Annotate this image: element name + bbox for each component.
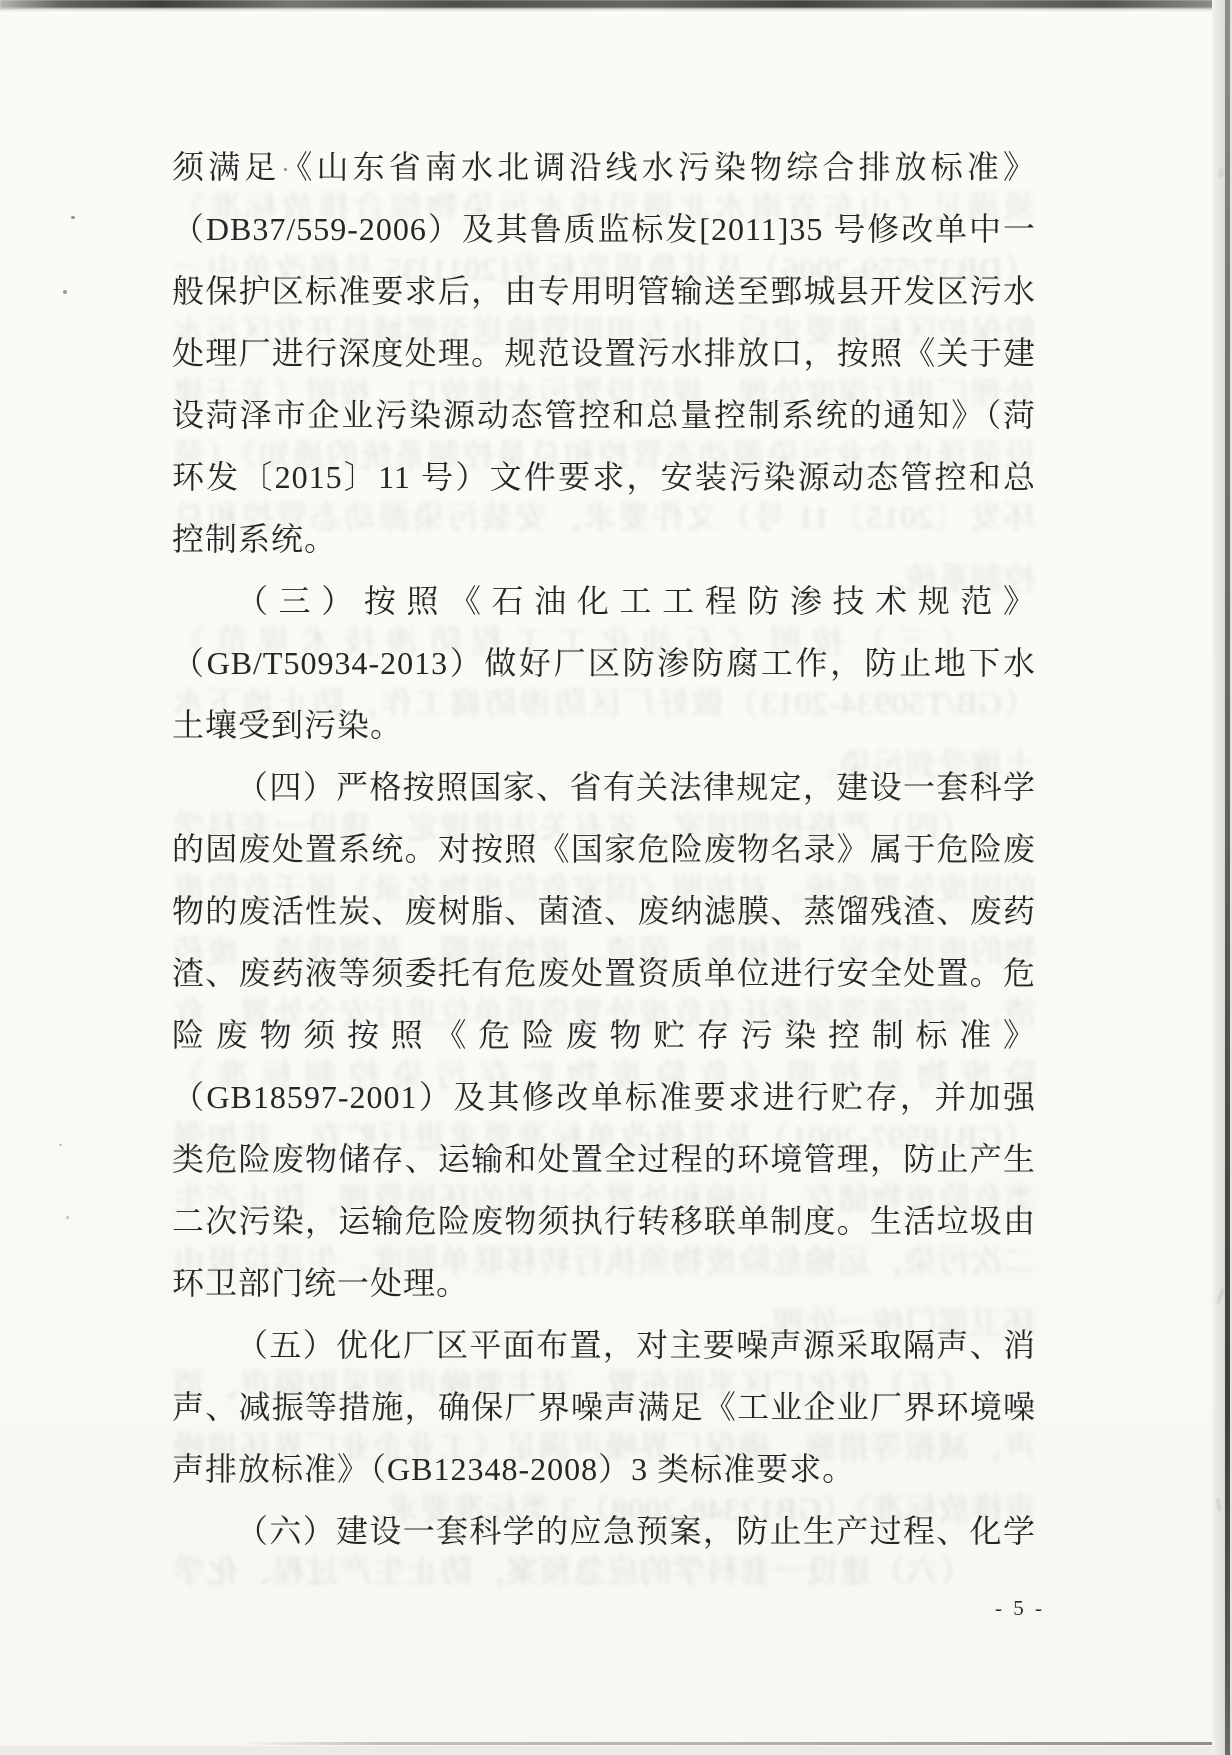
text-line-8: （三）按照《石油化工工程防渗技术规范》 <box>172 570 1036 632</box>
text-line-9: （GB/T50934-2013）做好厂区防渗防腐工作，防止地下水和 <box>172 632 1036 694</box>
text-line-7: 控制系统。 <box>172 508 1036 570</box>
text-line-10: 土壤受到污染。 <box>172 694 1036 756</box>
text-line-1: 须满足《山东省南水北调沿线水污染物综合排放标准》 <box>172 136 1036 198</box>
text-line-21: 声、减振等措施，确保厂界噪声满足《工业企业厂界环境噪 <box>172 1376 1036 1438</box>
text-line-2: （DB37/559-2006）及其鲁质监标发[2011]35 号修改单中一 <box>172 198 1036 260</box>
dust-speck <box>63 290 67 294</box>
dust-speck <box>66 1216 69 1219</box>
page-number: - 5 - <box>980 1594 1060 1622</box>
text-line-22: 声排放标准》（GB12348-2008）3 类标准要求。 <box>172 1438 1036 1500</box>
scan-below-page-area <box>0 1746 1232 1755</box>
text-line-15: 险废物须按照《危险废物贮存污染控制标准》 <box>172 1004 1036 1066</box>
document-text: 须满足《山东省南水北调沿线水污染物综合排放标准》 （DB37/559-2006）… <box>172 136 1036 1562</box>
text-line-11: （四）严格按照国家、省有关法律规定，建设一套科学 <box>172 756 1036 818</box>
text-line-20: （五）优化厂区平面布置，对主要噪声源采取隔声、消 <box>172 1314 1036 1376</box>
text-line-6: 环发〔2015〕11 号）文件要求，安装污染源动态管控和总量 <box>172 446 1036 508</box>
text-line-18: 二次污染，运输危险废物须执行转移联单制度。生活垃圾由 <box>172 1190 1036 1252</box>
text-line-19: 环卫部门统一处理。 <box>172 1252 1036 1314</box>
text-line-17: 类危险废物储存、运输和处置全过程的环境管理，防止产生 <box>172 1128 1036 1190</box>
dust-speck <box>284 168 287 171</box>
text-line-12: 的固废处置系统。对按照《国家危险废物名录》属于危险废 <box>172 818 1036 880</box>
text-line-16: （GB18597-2001）及其修改单标准要求进行贮存，并加强各 <box>172 1066 1036 1128</box>
text-line-4: 处理厂进行深度处理。规范设置污水排放口，按照《关于建 <box>172 322 1036 384</box>
dust-speck <box>59 1144 62 1146</box>
scan-right-edge-shadow <box>1225 0 1230 1755</box>
scan-bottom-page-edge <box>240 1742 1232 1745</box>
text-line-14: 渣、废药液等须委托有危废处置资质单位进行安全处置。危 <box>172 942 1036 1004</box>
dust-speck <box>71 216 75 219</box>
text-line-23: （六）建设一套科学的应急预案，防止生产过程、化学 <box>172 1500 1036 1562</box>
text-line-13: 物的废活性炭、废树脂、菌渣、废纳滤膜、蒸馏残渣、废药 <box>172 880 1036 942</box>
text-line-5: 设菏泽市企业污染源动态管控和总量控制系统的通知》（菏 <box>172 384 1036 446</box>
text-line-3: 般保护区标准要求后，由专用明管输送至鄄城县开发区污水 <box>172 260 1036 322</box>
scan-top-edge-soft <box>0 8 1226 12</box>
scanned-document-page: 须满足《山东省南水北调沿线水污染物综合排放标准》 （DB37/559-2006）… <box>0 0 1232 1755</box>
scan-top-edge-shadow <box>0 0 1226 8</box>
